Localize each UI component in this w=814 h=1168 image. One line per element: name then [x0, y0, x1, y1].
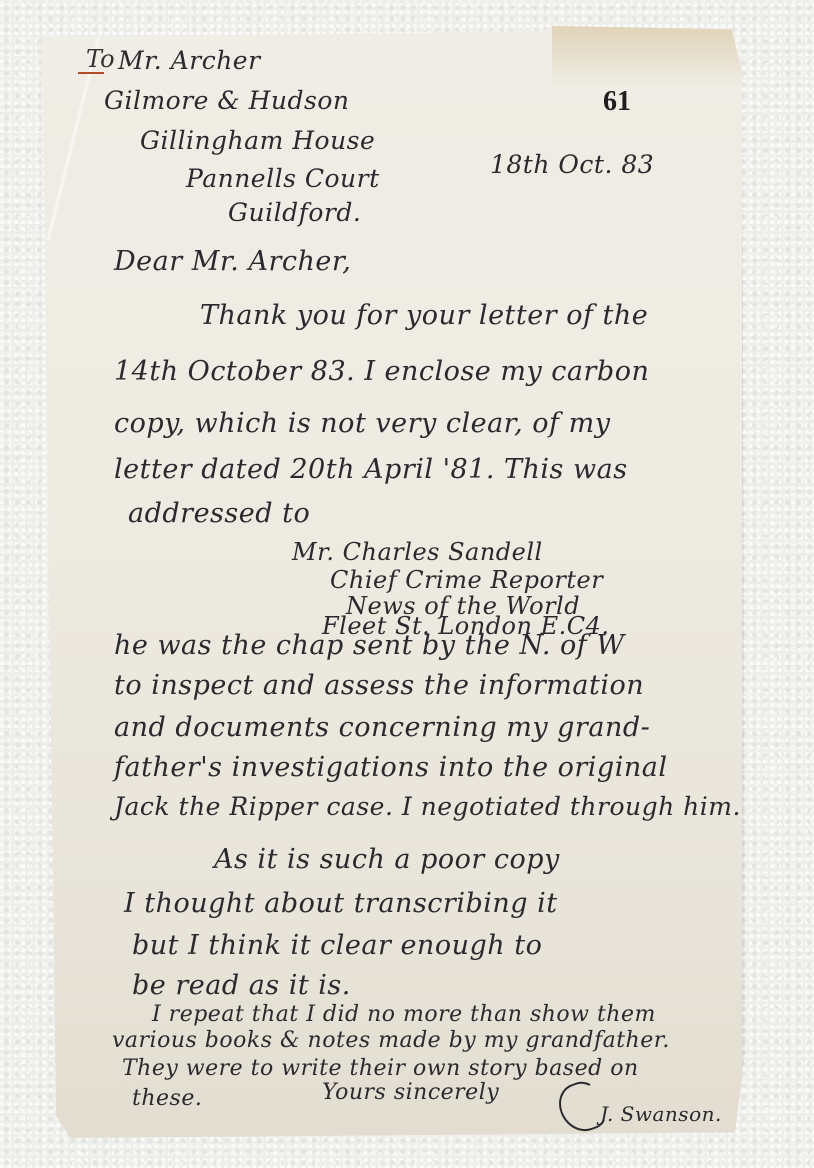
recipient-line: Gilmore & Hudson [104, 88, 350, 113]
body-line: Jack the Ripper case. I negotiated throu… [114, 794, 741, 819]
addressee-line: Chief Crime Reporter [330, 568, 603, 592]
body-line: various books & notes made by my grandfa… [112, 1030, 670, 1052]
body-line: I repeat that I did no more than show th… [152, 1004, 656, 1026]
salutation: Dear Mr. Archer, [114, 248, 351, 275]
addressee-line: Mr. Charles Sandell [292, 540, 543, 564]
recipient-line: Pannells Court [186, 166, 380, 191]
body-line: copy, which is not very clear, of my [114, 410, 610, 437]
body-line: As it is such a poor copy [214, 846, 560, 873]
letter-date: 18th Oct. 83 [490, 152, 654, 177]
body-line: 14th October 83. I enclose my carbon [114, 358, 649, 385]
body-line: to inspect and assess the information [114, 672, 644, 699]
body-line: he was the chap sent by the N. of W [114, 632, 625, 659]
body-line: be read as it is. [132, 972, 351, 999]
signature: J. Swanson. [600, 1104, 722, 1124]
body-line: father's investigations into the origina… [114, 754, 667, 781]
body-line: Thank you for your letter of the [200, 302, 648, 329]
body-line: I thought about transcribing it [124, 890, 558, 917]
recipient-line: Mr. Archer [118, 48, 261, 73]
body-line: but I think it clear enough to [132, 932, 542, 959]
to-label: To [86, 45, 115, 73]
body-line: and documents concerning my grand- [114, 714, 650, 741]
body-line: letter dated 20th April '81. This was [114, 456, 628, 483]
body-line: these. [132, 1088, 202, 1110]
page-number: 61 [603, 86, 631, 118]
body-line: addressed to [128, 500, 310, 527]
recipient-line: Guildford. [228, 200, 361, 225]
closing: Yours sincerely [322, 1082, 499, 1104]
recipient-line: Gillingham House [140, 128, 375, 153]
body-line: They were to write their own story based… [122, 1058, 639, 1080]
